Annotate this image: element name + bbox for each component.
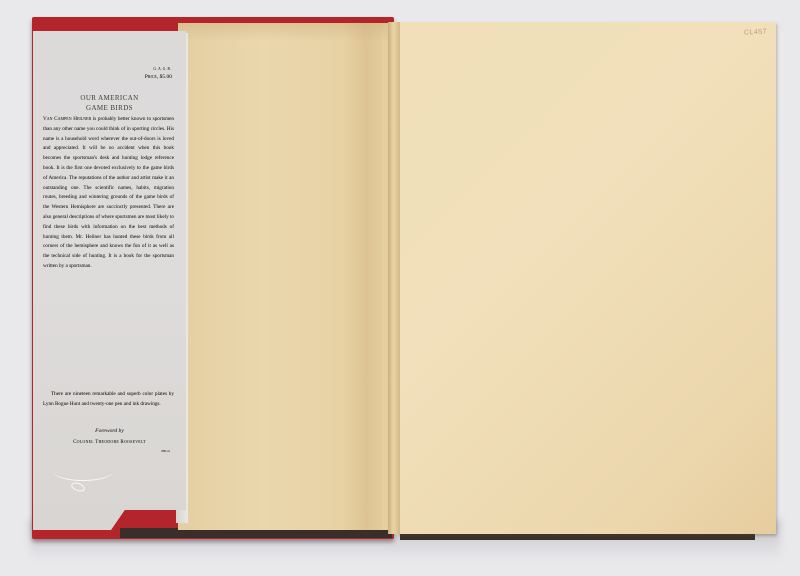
- book-gutter: [388, 22, 400, 534]
- jacket-blurb-lead: Van Campen Heilner: [43, 116, 91, 122]
- jacket-title-line2: GAME BIRDS: [33, 103, 186, 113]
- jacket-scuff-loop: [70, 481, 86, 493]
- jacket-scuff-mark: [53, 461, 113, 481]
- jacket-title-line1: OUR AMERICAN: [33, 93, 186, 103]
- jacket-price: Price, $5.00: [145, 74, 172, 80]
- front-pastedown: [178, 23, 390, 530]
- jacket-blurb-text: is probably better known to sportsmen th…: [43, 116, 174, 269]
- foreword-label: Foreword by: [33, 428, 186, 434]
- jacket-blurb-plates: There are nineteen remarkable and superb…: [43, 390, 174, 410]
- dust-jacket-flap[interactable]: G.A.G.B. Price, $5.00 OUR AMERICAN GAME …: [33, 31, 186, 530]
- pastedown-stain-edge: [342, 23, 382, 530]
- pencil-mark: CL457: [744, 28, 767, 36]
- free-endpaper[interactable]: [398, 22, 776, 534]
- jacket-code-bottom: 880-41: [162, 449, 171, 453]
- jacket-blurb: Van Campen Heilner is probably better kn…: [43, 115, 174, 272]
- jacket-title: OUR AMERICAN GAME BIRDS: [33, 93, 186, 113]
- jacket-code: G.A.G.B.: [153, 67, 172, 71]
- foreword-author: Colonel Theodore Roosevelt: [33, 439, 186, 445]
